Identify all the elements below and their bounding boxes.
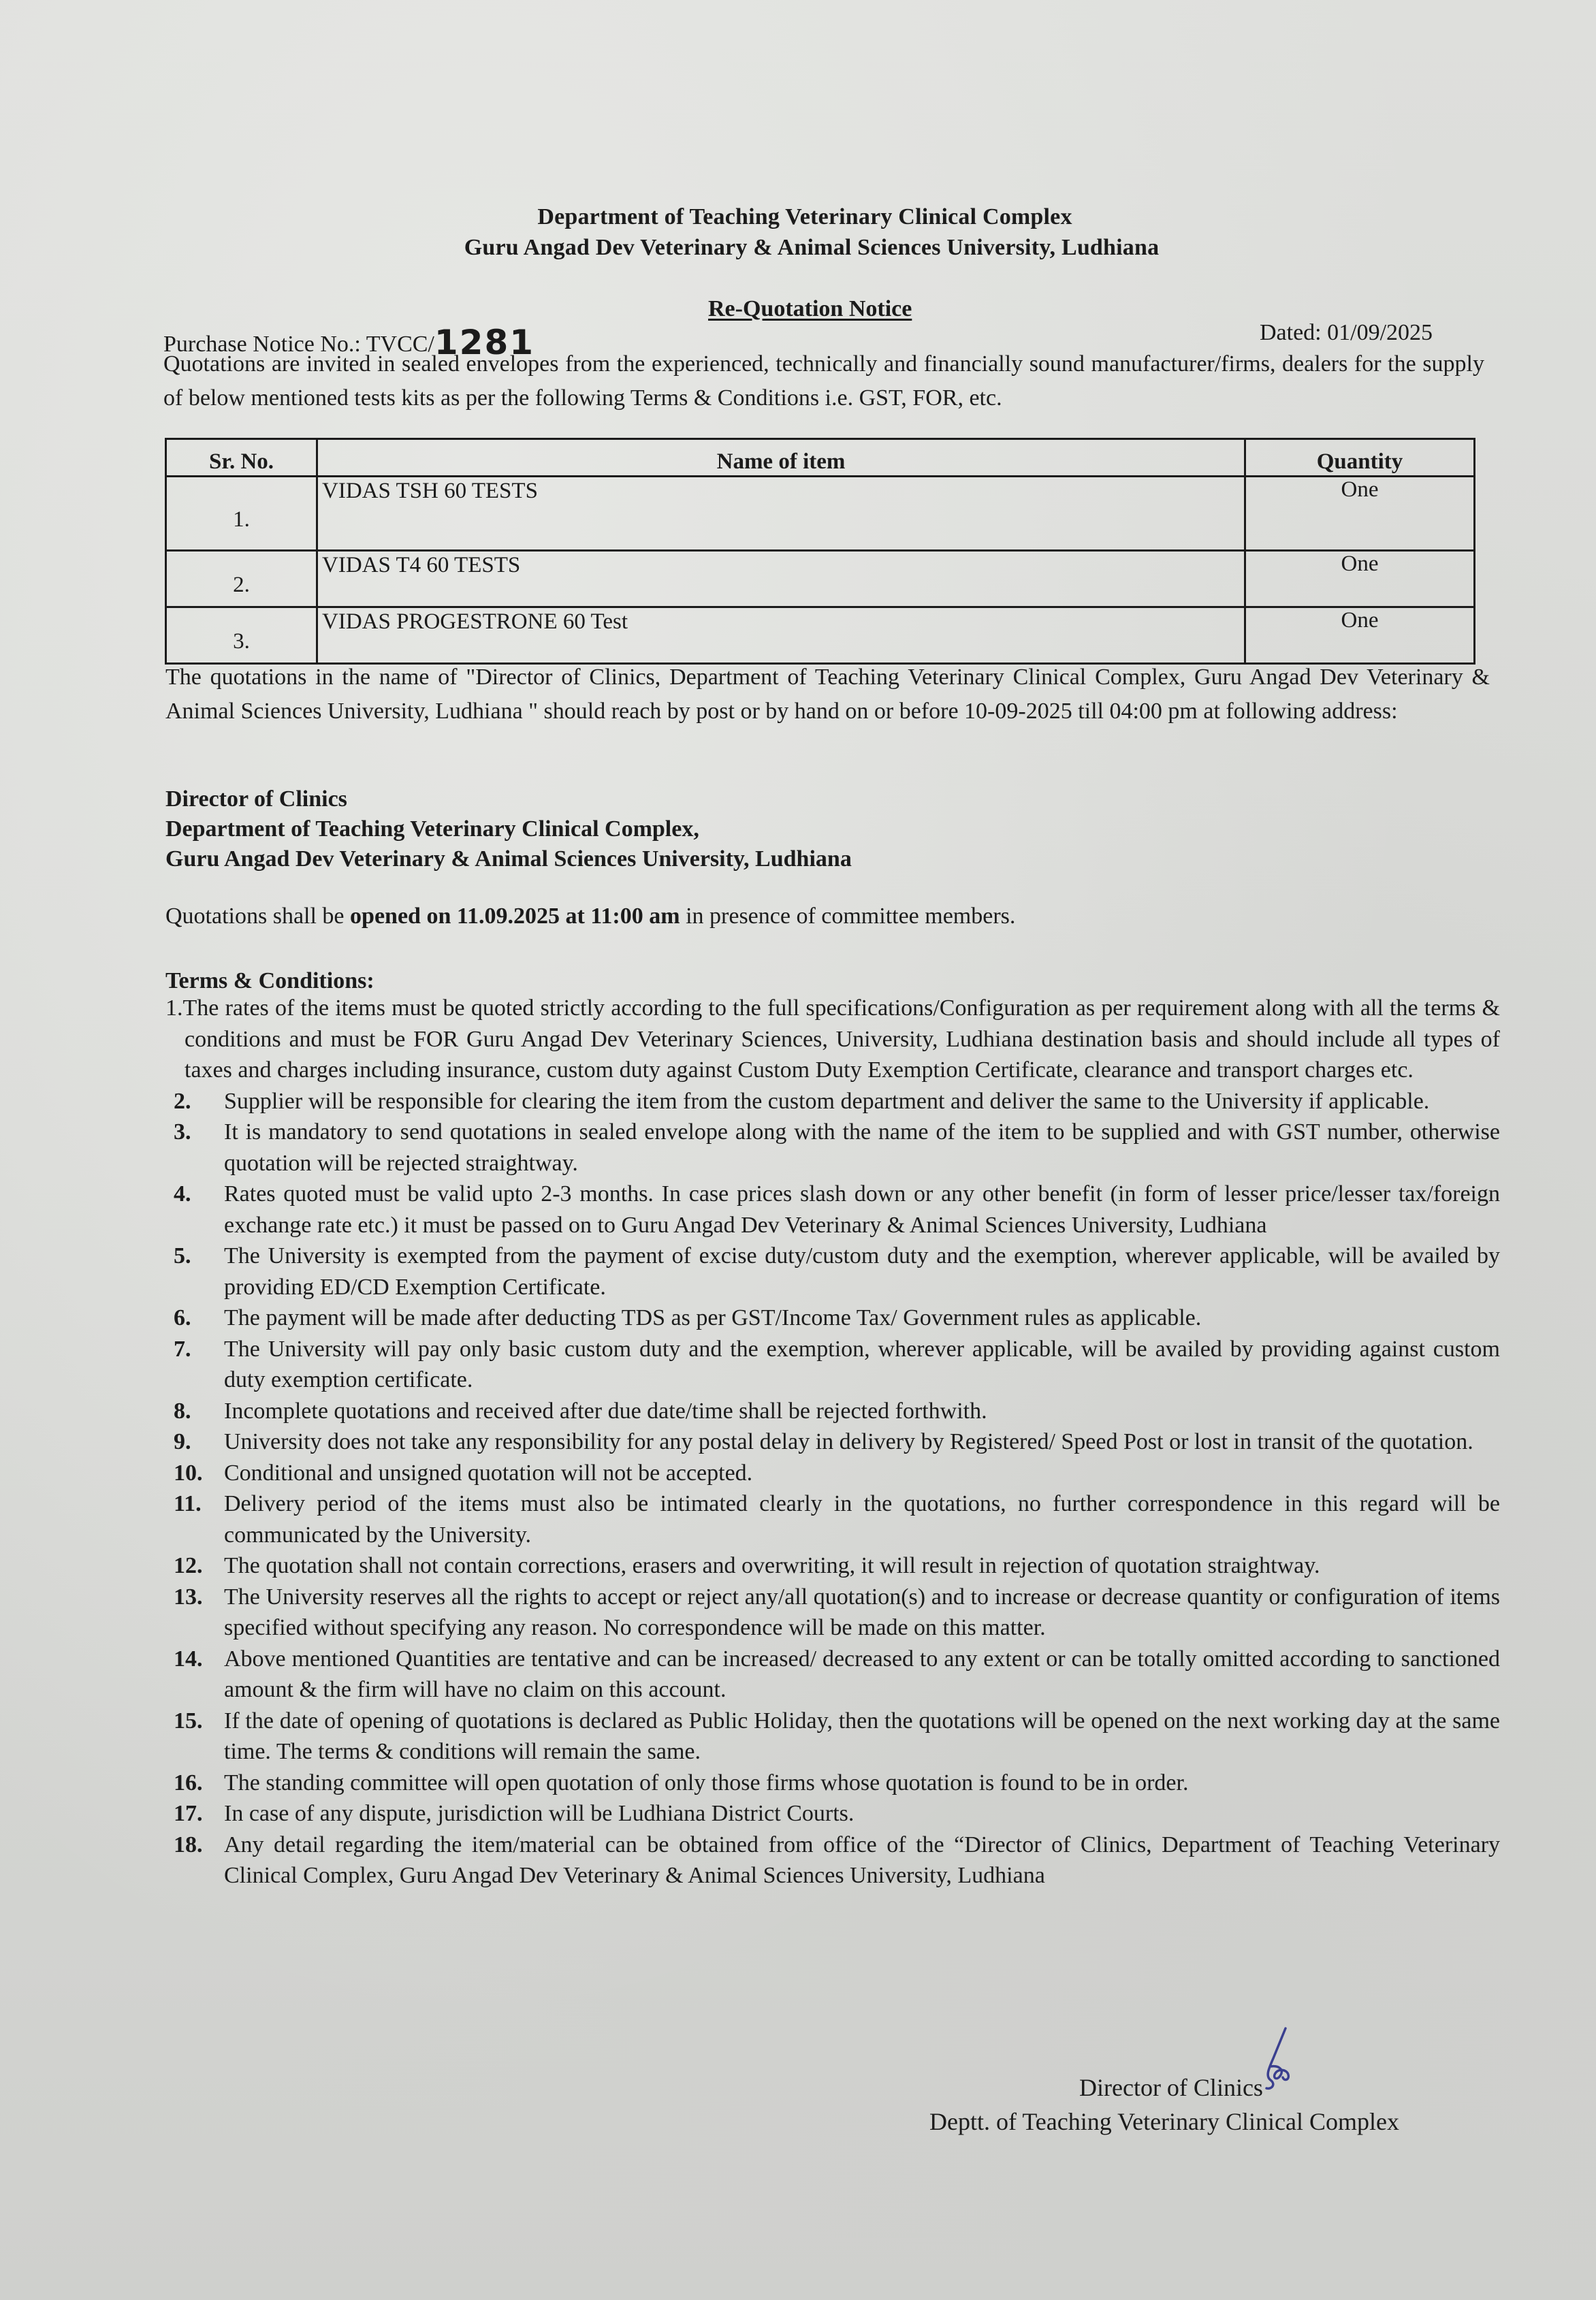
term-text: If the date of opening of quotations is … bbox=[224, 1708, 1500, 1765]
term-item: 2.Supplier will be responsible for clear… bbox=[165, 1086, 1500, 1117]
term-item: 4.Rates quoted must be valid upto 2-3 mo… bbox=[165, 1179, 1500, 1241]
term-text: The University is exempted from the paym… bbox=[224, 1243, 1500, 1300]
term-text: University does not take any responsibil… bbox=[224, 1429, 1473, 1454]
term-number: 7. bbox=[174, 1334, 191, 1365]
term-item: 7.The University will pay only basic cus… bbox=[165, 1334, 1500, 1396]
term-text: Delivery period of the items must also b… bbox=[224, 1491, 1500, 1548]
items-table: Sr. No. Name of item Quantity 1. VIDAS T… bbox=[165, 438, 1475, 665]
term-number: 4. bbox=[174, 1179, 191, 1210]
term-text: The quotation shall not contain correcti… bbox=[224, 1553, 1320, 1578]
term-item: 12.The quotation shall not contain corre… bbox=[165, 1550, 1500, 1582]
column-header-item-name: Name of item bbox=[317, 439, 1245, 477]
term-item: 13.The University reserves all the right… bbox=[165, 1582, 1500, 1644]
term-text: Supplier will be responsible for clearin… bbox=[224, 1089, 1429, 1114]
term-number: 10. bbox=[174, 1458, 203, 1489]
terms-list: 1.The rates of the items must be quoted … bbox=[165, 993, 1500, 1891]
submission-address: Director of Clinics Department of Teachi… bbox=[165, 784, 852, 874]
term-item: 11.Delivery period of the items must als… bbox=[165, 1488, 1500, 1550]
address-line: Director of Clinics bbox=[165, 784, 852, 814]
term-item: 6.The payment will be made after deducti… bbox=[165, 1303, 1500, 1334]
terms-title: Terms & Conditions: bbox=[165, 968, 374, 994]
term-text: The rates of the items must be quoted st… bbox=[183, 995, 1501, 1083]
term-text: In case of any dispute, jurisdiction wil… bbox=[224, 1801, 854, 1826]
term-item: 8.Incomplete quotations and received aft… bbox=[165, 1396, 1500, 1427]
address-line: Department of Teaching Veterinary Clinic… bbox=[165, 814, 852, 844]
cell-quantity: One bbox=[1245, 477, 1475, 551]
term-text: The University reserves all the rights t… bbox=[224, 1584, 1500, 1641]
opening-statement: Quotations shall be opened on 11.09.2025… bbox=[165, 904, 1015, 929]
term-number: 6. bbox=[174, 1303, 191, 1334]
term-number: 8. bbox=[174, 1396, 191, 1427]
term-text: The standing committee will open quotati… bbox=[224, 1770, 1188, 1795]
term-item: 16.The standing committee will open quot… bbox=[165, 1768, 1500, 1799]
term-number: 12. bbox=[174, 1550, 203, 1582]
intro-paragraph: Quotations are invited in sealed envelop… bbox=[163, 347, 1484, 415]
address-line: Guru Angad Dev Veterinary & Animal Scien… bbox=[165, 844, 852, 874]
term-number: 17. bbox=[174, 1798, 203, 1830]
term-number: 5. bbox=[174, 1241, 191, 1272]
opening-prefix: Quotations shall be bbox=[165, 904, 350, 929]
term-number: 2. bbox=[174, 1086, 191, 1117]
term-text: Rates quoted must be valid upto 2-3 mont… bbox=[224, 1181, 1500, 1238]
column-header-quantity: Quantity bbox=[1245, 439, 1475, 477]
term-item: 17.In case of any dispute, jurisdiction … bbox=[165, 1798, 1500, 1830]
cell-quantity: One bbox=[1245, 551, 1475, 607]
header-university: Guru Angad Dev Veterinary & Animal Scien… bbox=[14, 235, 1596, 261]
term-item: 10.Conditional and unsigned quotation wi… bbox=[165, 1458, 1500, 1489]
term-number: 14. bbox=[174, 1644, 203, 1675]
submission-paragraph: The quotations in the name of "Director … bbox=[165, 660, 1490, 729]
term-text: The payment will be made after deducting… bbox=[224, 1305, 1201, 1330]
table-row: 1. VIDAS TSH 60 TESTS One bbox=[166, 477, 1475, 551]
table-row: 2. VIDAS T4 60 TESTS One bbox=[166, 551, 1475, 607]
term-number: 1. bbox=[165, 995, 183, 1021]
term-number: 11. bbox=[174, 1488, 202, 1520]
term-item: 15.If the date of opening of quotations … bbox=[165, 1706, 1500, 1768]
term-text: It is mandatory to send quotations in se… bbox=[224, 1119, 1500, 1176]
term-item: 3.It is mandatory to send quotations in … bbox=[165, 1117, 1500, 1179]
notice-date: Dated: 01/09/2025 bbox=[1260, 320, 1433, 346]
cell-item-name: VIDAS TSH 60 TESTS bbox=[317, 477, 1245, 551]
term-number: 16. bbox=[174, 1768, 203, 1799]
term-text: Any detail regarding the item/material c… bbox=[224, 1832, 1500, 1889]
term-item: 9.University does not take any responsib… bbox=[165, 1426, 1500, 1458]
term-text: Incomplete quotations and received after… bbox=[224, 1399, 987, 1424]
signatory-department: Deptt. of Teaching Veterinary Clinical C… bbox=[929, 2107, 1399, 2136]
notice-page: Department of Teaching Veterinary Clinic… bbox=[0, 0, 1596, 2300]
term-number: 13. bbox=[174, 1582, 203, 1613]
term-item: 5.The University is exempted from the pa… bbox=[165, 1241, 1500, 1303]
opening-date-time: opened on 11.09.2025 at 11:00 am bbox=[350, 904, 680, 929]
table-row: 3. VIDAS PROGESTRONE 60 Test One bbox=[166, 607, 1475, 664]
header-department: Department of Teaching Veterinary Clinic… bbox=[7, 204, 1596, 230]
notice-title: Re-Quotation Notice bbox=[708, 296, 912, 322]
term-number: 3. bbox=[174, 1117, 191, 1148]
cell-sr-no: 3. bbox=[166, 607, 317, 664]
term-text: Above mentioned Quantities are tentative… bbox=[224, 1646, 1500, 1703]
term-item: 1.The rates of the items must be quoted … bbox=[165, 993, 1500, 1086]
term-text: The University will pay only basic custo… bbox=[224, 1337, 1500, 1393]
opening-suffix: in presence of committee members. bbox=[680, 904, 1016, 929]
term-number: 9. bbox=[174, 1426, 191, 1458]
column-header-sr-no: Sr. No. bbox=[166, 439, 317, 477]
cell-item-name: VIDAS PROGESTRONE 60 Test bbox=[317, 607, 1245, 664]
cell-item-name: VIDAS T4 60 TESTS bbox=[317, 551, 1245, 607]
term-item: 18.Any detail regarding the item/materia… bbox=[165, 1830, 1500, 1891]
signatory-title: Director of Clinics bbox=[1079, 2073, 1263, 2102]
cell-sr-no: 1. bbox=[166, 477, 317, 551]
table-header-row: Sr. No. Name of item Quantity bbox=[166, 439, 1475, 477]
term-number: 15. bbox=[174, 1706, 203, 1737]
term-text: Conditional and unsigned quotation will … bbox=[224, 1460, 752, 1486]
cell-quantity: One bbox=[1245, 607, 1475, 664]
cell-sr-no: 2. bbox=[166, 551, 317, 607]
term-number: 18. bbox=[174, 1830, 203, 1861]
term-item: 14.Above mentioned Quantities are tentat… bbox=[165, 1644, 1500, 1706]
